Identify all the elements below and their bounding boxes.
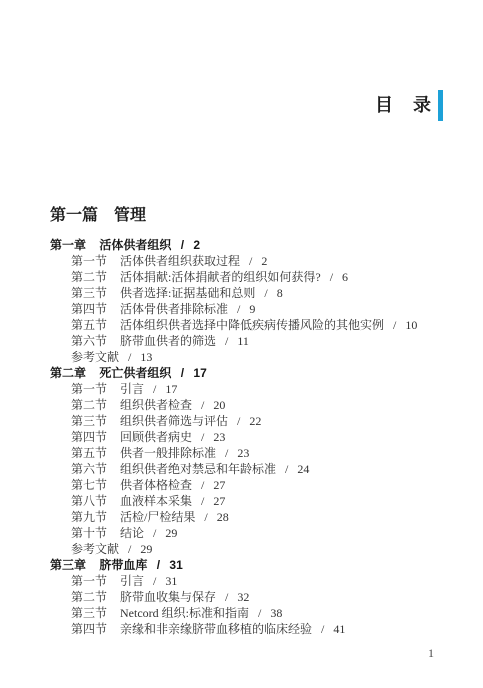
toc-entry-separator: / <box>153 574 156 588</box>
toc-entry-title: 活体供者组织获取过程 <box>120 254 240 268</box>
toc-entry: 参考文献 / 29 <box>50 541 450 557</box>
toc-entry-number: 第三节 <box>71 606 107 620</box>
toc-entry-page: 13 <box>140 350 152 364</box>
toc-entry-number: 第五节 <box>71 318 107 332</box>
toc-entry-page: 22 <box>249 414 261 428</box>
toc-entry: 参考文献 / 13 <box>50 349 450 365</box>
toc-entry-number: 第二节 <box>71 270 107 284</box>
toc-entry-page: 8 <box>277 286 283 300</box>
toc-entry: 第五节 活体组织供者选择中降低疾病传播风险的其他实例 / 10 <box>50 317 450 333</box>
toc-entry-separator: / <box>153 382 156 396</box>
toc-entry-number: 第七节 <box>71 478 107 492</box>
page-number: 1 <box>428 646 434 661</box>
toc-entry-separator: / <box>237 414 240 428</box>
toc-entry-page: 38 <box>270 606 282 620</box>
toc-entry-separator: / <box>201 398 204 412</box>
toc-entry: 第一节 引言 / 17 <box>50 381 450 397</box>
toc-entry-page: 17 <box>193 366 206 380</box>
toc-entry-number: 第八节 <box>71 494 107 508</box>
toc-entry-number: 第一节 <box>71 254 107 268</box>
toc-entry: 第四节 回顾供者病史 / 23 <box>50 429 450 445</box>
toc-entry-title: 回顾供者病史 <box>120 430 192 444</box>
toc-entry-number: 第三节 <box>71 286 107 300</box>
toc-entry-title: 引言 <box>120 574 144 588</box>
toc-page: 目 录 第一篇 管理 第一章 活体供者组织 / 2 第一节 活体供者组织获取过程… <box>0 0 483 688</box>
toc-entry-page: 6 <box>342 270 348 284</box>
toc-entry-title: 脐带血供者的筛选 <box>120 334 216 348</box>
toc-entry-separator: / <box>393 318 396 332</box>
toc-entry-separator: / <box>128 542 131 556</box>
toc-entry-page: 28 <box>217 510 229 524</box>
toc-entry-title: 脐带血收集与保存 <box>120 590 216 604</box>
toc-entry-number: 第四节 <box>71 302 107 316</box>
toc-entry-title: 亲缘和非亲缘脐带血移植的临床经验 <box>120 622 312 636</box>
toc-entry-title: 供者体格检查 <box>120 478 192 492</box>
toc-entry: 第六节 组织供者绝对禁忌和年龄标准 / 24 <box>50 461 450 477</box>
toc-list: 第一章 活体供者组织 / 2 第一节 活体供者组织获取过程 / 2 第二节 活体… <box>50 237 450 637</box>
toc-entry-title: 组织供者筛选与评估 <box>120 414 228 428</box>
toc-entry-separator: / <box>237 302 240 316</box>
toc-entry-page: 27 <box>213 494 225 508</box>
toc-entry-number: 第二节 <box>71 398 107 412</box>
toc-entry-page: 23 <box>237 446 249 460</box>
toc-entry: 第三节 供者选择:证据基础和总则 / 8 <box>50 285 450 301</box>
toc-entry-title: 供者一般排除标准 <box>120 446 216 460</box>
toc-entry: 第一节 活体供者组织获取过程 / 2 <box>50 253 450 269</box>
toc-entry-number: 第九节 <box>71 510 107 524</box>
toc-entry-separator: / <box>201 478 204 492</box>
toc-entry-title: 死亡供者组织 <box>99 366 171 380</box>
accent-bar <box>438 90 443 121</box>
toc-entry-number: 第三节 <box>71 414 107 428</box>
toc-entry-separator: / <box>249 254 252 268</box>
toc-entry-separator: / <box>285 462 288 476</box>
toc-entry-separator: / <box>225 590 228 604</box>
toc-entry-page: 27 <box>213 478 225 492</box>
toc-entry-number: 第一章 <box>50 238 86 252</box>
toc-entry: 第三节 组织供者筛选与评估 / 22 <box>50 413 450 429</box>
toc-entry: 第九节 活检/尸检结果 / 28 <box>50 509 450 525</box>
toc-entry-page: 10 <box>405 318 417 332</box>
toc-entry-title: 参考文献 <box>71 350 119 364</box>
toc-entry: 第二节 组织供者检查 / 20 <box>50 397 450 413</box>
toc-entry: 第七节 供者体格检查 / 27 <box>50 477 450 493</box>
toc-entry-number: 第五节 <box>71 446 107 460</box>
toc-entry-page: 17 <box>165 382 177 396</box>
toc-entry-title: 血液样本采集 <box>120 494 192 508</box>
toc-entry-separator: / <box>264 286 267 300</box>
toc-entry: 第三章 脐带血库 / 31 <box>50 557 450 573</box>
toc-entry: 第五节 供者一般排除标准 / 23 <box>50 445 450 461</box>
toc-entry-page: 31 <box>165 574 177 588</box>
toc-entry: 第四节 活体骨供者排除标准 / 9 <box>50 301 450 317</box>
toc-entry-title: Netcord 组织:标准和指南 <box>120 606 249 620</box>
toc-entry-title: 组织供者绝对禁忌和年龄标准 <box>120 462 276 476</box>
toc-entry-number: 第六节 <box>71 462 107 476</box>
toc-entry-page: 20 <box>213 398 225 412</box>
toc-entry-number: 第四节 <box>71 622 107 636</box>
toc-entry-separator: / <box>204 510 207 524</box>
toc-entry: 第六节 脐带血供者的筛选 / 11 <box>50 333 450 349</box>
toc-entry-separator: / <box>128 350 131 364</box>
toc-entry-number: 第十节 <box>71 526 107 540</box>
toc-entry-number: 第二节 <box>71 590 107 604</box>
toc-entry: 第三节 Netcord 组织:标准和指南 / 38 <box>50 605 450 621</box>
toc-entry-title: 结论 <box>120 526 144 540</box>
toc-entry-title: 活体供者组织 <box>99 238 171 252</box>
toc-entry-separator: / <box>321 622 324 636</box>
toc-entry-separator: / <box>225 446 228 460</box>
toc-entry: 第一章 活体供者组织 / 2 <box>50 237 450 253</box>
page-title: 目 录 <box>375 93 432 117</box>
toc-entry-separator: / <box>201 430 204 444</box>
toc-entry-page: 11 <box>237 334 249 348</box>
toc-entry-separator: / <box>157 558 160 572</box>
toc-entry-title: 脐带血库 <box>99 558 147 572</box>
toc-entry-separator: / <box>201 494 204 508</box>
toc-entry: 第二节 活体捐献:活体捐献者的组织如何获得? / 6 <box>50 269 450 285</box>
toc-header: 目 录 <box>375 88 443 121</box>
toc-entry-title: 活体骨供者排除标准 <box>120 302 228 316</box>
toc-entry: 第二节 脐带血收集与保存 / 32 <box>50 589 450 605</box>
toc-entry-number: 第六节 <box>71 334 107 348</box>
toc-entry-number: 第一节 <box>71 382 107 396</box>
part-heading: 第一篇 管理 <box>50 202 146 225</box>
toc-entry-title: 供者选择:证据基础和总则 <box>120 286 255 300</box>
toc-entry-title: 活检/尸检结果 <box>120 510 195 524</box>
toc-entry-separator: / <box>258 606 261 620</box>
toc-entry-title: 组织供者检查 <box>120 398 192 412</box>
toc-entry-page: 2 <box>193 238 200 252</box>
toc-entry-separator: / <box>181 238 184 252</box>
toc-entry: 第四节 亲缘和非亲缘脐带血移植的临床经验 / 41 <box>50 621 450 637</box>
toc-entry-separator: / <box>181 366 184 380</box>
toc-entry-number: 第二章 <box>50 366 86 380</box>
toc-entry-page: 23 <box>213 430 225 444</box>
toc-entry-title: 活体捐献:活体捐献者的组织如何获得? <box>120 270 321 284</box>
toc-entry-title: 引言 <box>120 382 144 396</box>
toc-entry-title: 参考文献 <box>71 542 119 556</box>
toc-entry-page: 24 <box>297 462 309 476</box>
toc-entry-page: 9 <box>249 302 255 316</box>
toc-entry-page: 41 <box>333 622 345 636</box>
toc-entry-separator: / <box>225 334 228 348</box>
toc-entry-separator: / <box>330 270 333 284</box>
toc-entry-page: 31 <box>169 558 182 572</box>
toc-entry: 第八节 血液样本采集 / 27 <box>50 493 450 509</box>
toc-entry-page: 29 <box>165 526 177 540</box>
toc-entry-number: 第四节 <box>71 430 107 444</box>
toc-entry-separator: / <box>153 526 156 540</box>
toc-entry-number: 第三章 <box>50 558 86 572</box>
toc-entry-page: 29 <box>140 542 152 556</box>
toc-entry: 第一节 引言 / 31 <box>50 573 450 589</box>
toc-entry: 第二章 死亡供者组织 / 17 <box>50 365 450 381</box>
toc-entry-number: 第一节 <box>71 574 107 588</box>
toc-entry-page: 2 <box>261 254 267 268</box>
toc-entry-title: 活体组织供者选择中降低疾病传播风险的其他实例 <box>120 318 384 332</box>
toc-entry-page: 32 <box>237 590 249 604</box>
toc-entry: 第十节 结论 / 29 <box>50 525 450 541</box>
